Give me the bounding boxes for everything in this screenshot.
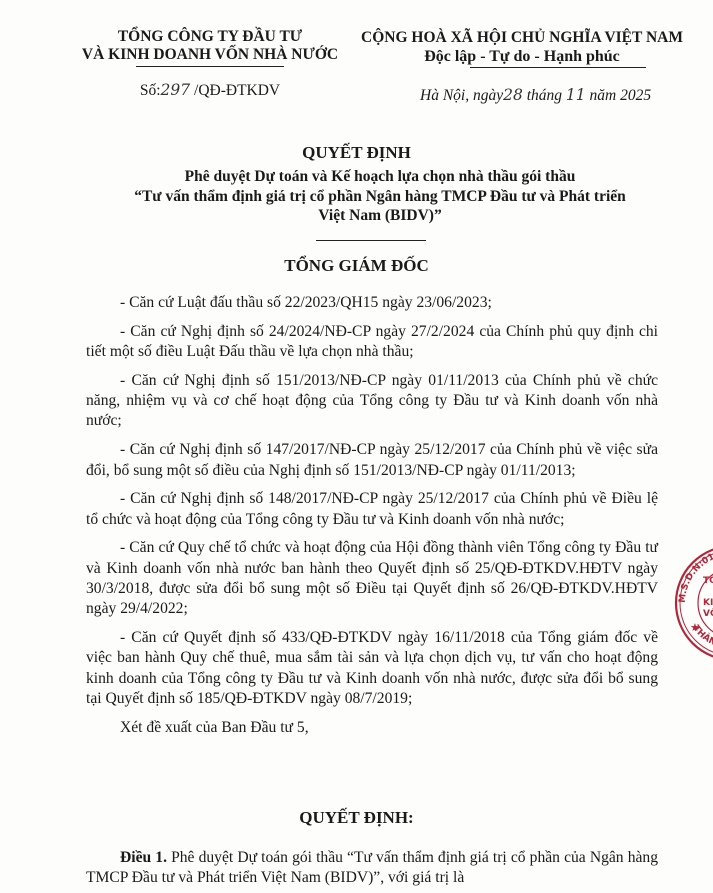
document-page: TỔNG CÔNG TY ĐẦU TƯ VÀ KINH DOANH VỐN NH… xyxy=(0,0,713,893)
issuer-name-line2: VÀ KINH DOANH VỐN NHÀ NƯỚC xyxy=(60,46,360,64)
basis-paragraph: - Căn cứ Luật đấu thầu số 22/2023/QH15 n… xyxy=(86,293,658,313)
proposal-paragraph: Xét đề xuất của Ban Đầu tư 5, xyxy=(86,718,658,738)
basis-paragraph: - Căn cứ Quyết định số 433/QĐ-ĐTKDV ngày… xyxy=(86,628,658,709)
date-month-label: tháng xyxy=(523,87,566,104)
issue-date: Hà Nội, ngày28 tháng 11 năm 2025 xyxy=(420,86,651,105)
subtitle-line: “Tư vấn thẩm định giá trị cổ phần Ngân h… xyxy=(80,187,680,207)
document-number: Số:297 /QĐ-ĐTKDV xyxy=(60,81,360,100)
issuer-underline xyxy=(136,66,284,67)
motto-underline xyxy=(470,67,646,68)
basis-paragraph: - Căn cứ Nghị định số 24/2024/NĐ-CP ngày… xyxy=(86,322,658,363)
article-label: Điều 1. xyxy=(120,849,167,866)
subtitle-divider xyxy=(316,240,426,241)
basis-paragraph: - Căn cứ Nghị định số 151/2013/NĐ-CP ngà… xyxy=(86,371,658,432)
number-prefix: Số: xyxy=(140,82,161,99)
basis-paragraph: - Căn cứ Nghị định số 147/2017/NĐ-CP ngà… xyxy=(86,440,658,481)
document-title: QUYẾT ĐỊNH xyxy=(0,143,713,163)
issuing-authority: TỔNG GIÁM ĐỐC xyxy=(0,256,713,276)
subtitle-line: Việt Nam (BIDV)” xyxy=(80,206,680,226)
nation-name: CỘNG HOÀ XÃ HỘI CHỦ NGHĨA VIỆT NAM xyxy=(352,28,692,47)
decision-heading: QUYẾT ĐỊNH: xyxy=(0,808,713,828)
number-handwritten: 297 xyxy=(161,81,191,99)
basis-paragraph: - Căn cứ Nghị định số 148/2017/NĐ-CP ngà… xyxy=(86,489,658,530)
date-month: 11 xyxy=(566,86,586,104)
issuer-name-line1: TỔNG CÔNG TY ĐẦU TƯ xyxy=(60,28,360,46)
date-day: 28 xyxy=(503,86,523,104)
date-prefix: Hà Nội, ngày xyxy=(420,87,503,104)
article-text: Phê duyệt Dự toán gói thầu “Tư vấn thẩm … xyxy=(86,849,658,886)
date-year: năm 2025 xyxy=(586,87,651,104)
svg-text:★: ★ xyxy=(690,622,700,634)
national-motto: Độc lập - Tự do - Hạnh phúc xyxy=(352,47,692,66)
svg-text:KIN: KIN xyxy=(703,598,713,608)
number-suffix: /QĐ-ĐTKDV xyxy=(190,82,280,99)
legal-bases: - Căn cứ Luật đấu thầu số 22/2023/QH15 n… xyxy=(86,293,658,747)
subtitle-line: Phê duyệt Dự toán và Kế hoạch lựa chọn n… xyxy=(80,167,680,187)
national-header: CỘNG HOÀ XÃ HỘI CHỦ NGHĨA VIỆT NAM Độc l… xyxy=(352,28,692,68)
article-1: Điều 1. Phê duyệt Dự toán gói thầu “Tư v… xyxy=(86,848,658,889)
basis-paragraph: - Căn cứ Quy chế tổ chức và hoạt động củ… xyxy=(86,538,658,619)
issuer-header: TỔNG CÔNG TY ĐẦU TƯ VÀ KINH DOANH VỐN NH… xyxy=(60,28,360,100)
document-subtitle: Phê duyệt Dự toán và Kế hoạch lựa chọn n… xyxy=(80,167,680,226)
official-seal-icon: M.S.D.N:010 THÀN ★ TỔNĐKINVỐNC xyxy=(673,543,713,663)
